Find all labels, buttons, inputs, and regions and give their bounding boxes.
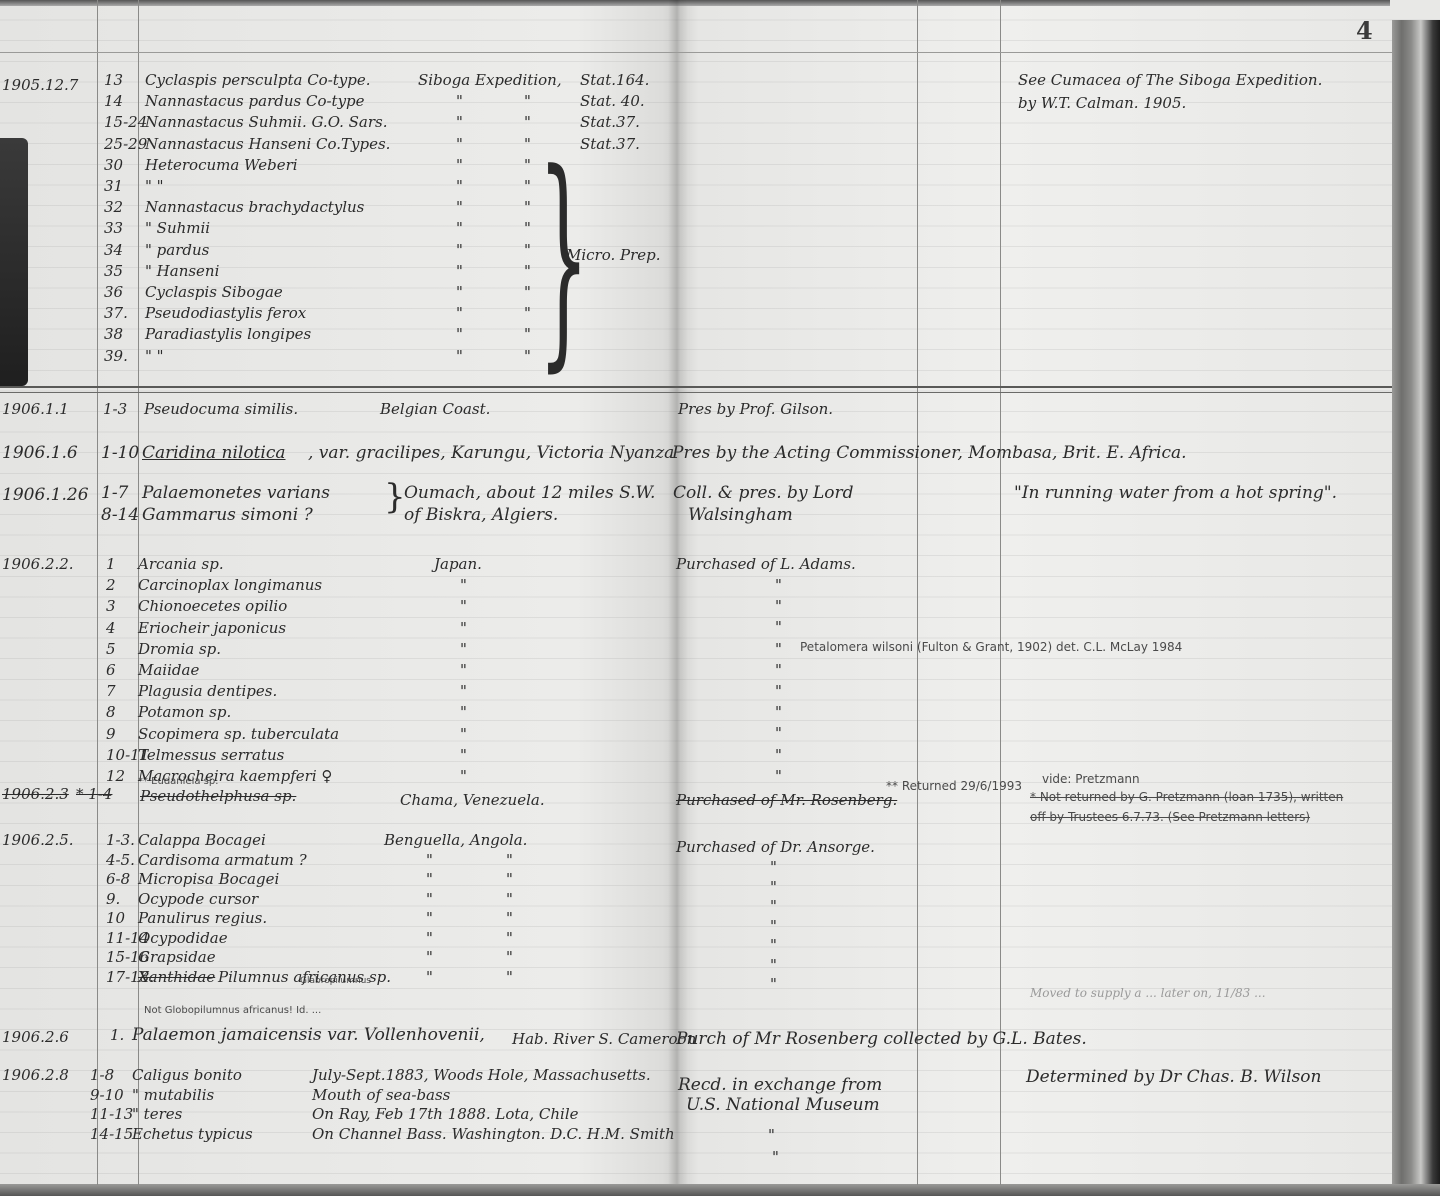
locality: " [456, 135, 463, 153]
specimen-number: 1. [110, 1026, 124, 1044]
species-name: Panulirus regius. [138, 909, 267, 927]
locality: July-Sept.1883, Woods Hole, Massachusett… [312, 1066, 651, 1084]
faint-remark: Moved to supply a ... later on, 11/83 ..… [1030, 984, 1266, 1002]
locality: " [456, 113, 463, 131]
source-ditto: " [770, 975, 777, 993]
locality-ditto: " [524, 198, 531, 216]
remarks-line-2: by W.T. Calman. 1905. [1018, 94, 1186, 112]
specimen-number: 12 [106, 767, 125, 785]
source-ditto: " [775, 746, 782, 764]
locality: " [456, 325, 463, 343]
locality: " [426, 851, 433, 869]
column-rule-reg [97, 0, 98, 1185]
species-name: " " [145, 347, 164, 365]
species-name-corrected: Pilumnus africanus sp. [218, 968, 391, 986]
source-line-1: Recd. in exchange from [678, 1076, 882, 1094]
specimen-number: 4-5. [106, 851, 135, 869]
reg-date: 1906.2.6 [2, 1028, 69, 1046]
locality: Japan. [434, 555, 482, 573]
locality: " [460, 576, 467, 594]
source-ditto: " [775, 661, 782, 679]
specimen-number: 14 [104, 92, 123, 110]
locality-ditto: " [524, 262, 531, 280]
locality: " [426, 870, 433, 888]
source-ditto: " [775, 682, 782, 700]
specimen-number: 4 [106, 619, 116, 637]
locality: " [460, 597, 467, 615]
specimen-number: * 1-4 [76, 785, 112, 803]
specimen-number: 10 [106, 909, 125, 927]
locality-ditto: " [506, 851, 513, 869]
locality-ditto: " [524, 135, 531, 153]
species-name: " teres [132, 1105, 182, 1123]
source-ditto: " [770, 956, 777, 974]
source-ditto: " [775, 597, 782, 615]
locality: " [426, 909, 433, 927]
locality-ditto: " [524, 304, 531, 322]
species-name: Calappa Bocagei [138, 831, 266, 849]
species-name: Nannastacus pardus Co-type [145, 92, 365, 110]
specimen-number: 11-13 [90, 1105, 133, 1123]
specimen-number: 3 [106, 597, 116, 615]
species-name: Ocypodidae [138, 929, 228, 947]
specimen-number: 1-10 [101, 444, 139, 462]
source-ditto: " [775, 576, 782, 594]
species-name: Heterocuma Weberi [145, 156, 298, 174]
species-name: Carcinoplax longimanus [138, 576, 322, 594]
locality: " [460, 767, 467, 785]
specimen-number: 35 [104, 262, 123, 280]
species-name: Nannastacus Hanseni Co.Types. [145, 135, 390, 153]
species-name: Pseudodiastylis ferox [145, 304, 306, 322]
species-name: Echetus typicus [132, 1125, 253, 1143]
specimen-number: 33 [104, 219, 123, 237]
page-bottom-edge [0, 1184, 1440, 1196]
specimen-number: 1-7 [101, 484, 128, 502]
source-ditto: " [775, 640, 782, 658]
specimen-number: 1 [106, 555, 116, 573]
source: Purchased of Mr. Rosenberg. [676, 791, 897, 809]
locality: " [460, 661, 467, 679]
source: Pres by Prof. Gilson. [678, 400, 833, 418]
specimen-number: 37. [104, 304, 128, 322]
locality: On Channel Bass. Washington. D.C. H.M. S… [312, 1125, 675, 1143]
specimen-number: 1-3. [106, 831, 135, 849]
specimen-number: 1-3 [103, 400, 127, 418]
station: Stat. 40. [580, 92, 645, 110]
reg-date: 1906.1.26 [2, 486, 89, 504]
source-ditto: " [775, 724, 782, 742]
pencil-note-below: Not Globopilumnus africanus! Id. ... [144, 1002, 321, 1020]
species-name: Maiidae [138, 661, 199, 679]
locality: On Ray, Feb 17th 1888. Lota, Chile [312, 1105, 579, 1123]
locality-ditto: " [524, 177, 531, 195]
specimen-number: 13 [104, 71, 123, 89]
locality-ditto: " [506, 909, 513, 927]
locality-ditto: " [524, 219, 531, 237]
specimen-number: 8 [106, 703, 116, 721]
specimen-number: 14-15 [90, 1125, 133, 1143]
locality-ditto: " [524, 241, 531, 259]
returned-annotation: ** Returned 29/6/1993 [886, 777, 1022, 795]
specimen-number: 2 [106, 576, 116, 594]
locality: Siboga Expedition, [418, 71, 562, 89]
brace-note: Micro. Prep. [566, 246, 661, 264]
station: Stat.164. [580, 71, 649, 89]
species-name: Potamon sp. [138, 703, 231, 721]
source-ditto: " [768, 1126, 775, 1144]
locality: " [456, 347, 463, 365]
vide-annotation: vide: Pretzmann [1042, 770, 1140, 788]
species-name: Pseudothelphusa sp. [140, 787, 296, 805]
species-name: Gammarus simoni ? [142, 506, 313, 524]
locality-ditto: " [524, 113, 531, 131]
locality: " [426, 948, 433, 966]
locality: " [460, 725, 467, 743]
species-name: Macrocheira kaempferi ♀ [138, 767, 332, 785]
species-name: Ocypode cursor [138, 890, 258, 908]
source-ditto: " [770, 878, 777, 896]
column-rule-remarks [1000, 0, 1001, 1185]
specimen-number: 25-29 [104, 135, 147, 153]
species-name: Cyclaspis persculpta Co-type. [145, 71, 371, 89]
source-ditto: " [775, 618, 782, 636]
index-tab [0, 138, 28, 386]
species-name: Cardisoma armatum ? [138, 851, 307, 869]
locality: Mouth of sea-bass [312, 1086, 450, 1104]
header-rule [0, 52, 1392, 53]
remarks: "In running water from a hot spring". [1014, 484, 1337, 502]
locality-ditto: " [524, 92, 531, 110]
source-line-2: U.S. National Museum [686, 1096, 880, 1114]
source-ditto: " [770, 917, 777, 935]
source-ditto: " [770, 858, 777, 876]
struck-remark-line-1: * Not returned by G. Pretzmann (loan 173… [1030, 788, 1343, 806]
specimen-number: 32 [104, 198, 123, 216]
species-name: " mutabilis [132, 1086, 214, 1104]
remarks-line-1: See Cumacea of The Siboga Expedition. [1018, 71, 1322, 89]
source: Purchased of Dr. Ansorge. [676, 838, 875, 856]
locality: " [456, 304, 463, 322]
locality-ditto: " [506, 968, 513, 986]
locality: Benguella, Angola. [384, 831, 527, 849]
locality: Belgian Coast. [380, 400, 490, 418]
specimen-number: 9. [106, 890, 120, 908]
species-name: " Hanseni [145, 262, 219, 280]
species-name: Cyclaspis Sibogae [145, 283, 283, 301]
determination-annotation: Petalomera wilsoni (Fulton & Grant, 1902… [800, 638, 1182, 656]
locality: " [456, 262, 463, 280]
locality: " [456, 177, 463, 195]
locality: " [460, 703, 467, 721]
station: Stat.37. [580, 113, 640, 131]
reg-date: 1906.1.1 [2, 400, 69, 418]
reg-date: 1906.2.8 [2, 1066, 69, 1084]
locality-ditto: " [524, 156, 531, 174]
specimen-number: 15-24 [104, 113, 147, 131]
species-name-struck: Xanthidae [138, 968, 215, 986]
species-name: " pardus [145, 241, 209, 259]
ledger-page: 4 1905.12.7 } Micro. Prep. See Cumacea o… [0, 0, 1440, 1196]
species-name: Grapsidae [138, 948, 216, 966]
source: Purchased of L. Adams. [676, 555, 856, 573]
source-line-1: Coll. & pres. by Lord [673, 484, 853, 502]
specimen-number: 34 [104, 241, 123, 259]
specimen-number: 36 [104, 283, 123, 301]
locality: Hab. River S. Cameroon [512, 1030, 696, 1048]
species-name: Plagusia dentipes. [138, 682, 277, 700]
locality-ditto: " [506, 870, 513, 888]
locality: " [460, 682, 467, 700]
locality-line-2: of Biskra, Algiers. [404, 506, 558, 524]
book-fore-edge [1392, 20, 1440, 1196]
species-name: Telmessus serratus [138, 746, 284, 764]
species-name: Eriocheir japonicus [138, 619, 286, 637]
species-name: Paradiastylis longipes [145, 325, 311, 343]
source: Purch of Mr Rosenberg collected by G.L. … [676, 1030, 1087, 1048]
specimen-number: 1-8 [90, 1066, 114, 1084]
species-name: Arcania sp. [138, 555, 224, 573]
book-spine-shadow [668, 0, 688, 1196]
reg-date: 1905.12.7 [2, 76, 78, 94]
species-detail: , var. gracilipes, Karungu, Victoria Nya… [308, 444, 674, 462]
locality: " [456, 156, 463, 174]
source: Pres by the Acting Commissioner, Mombasa… [672, 444, 1187, 462]
reg-date: 1906.2.3 [2, 785, 69, 803]
specimen-number: 30 [104, 156, 123, 174]
species-name: Palaemon jamaicensis var. Vollenhovenii, [132, 1026, 485, 1044]
specimen-number: 31 [104, 177, 123, 195]
species-name: Palaemonetes varians [142, 484, 330, 502]
locality: " [426, 890, 433, 908]
species-name: Nannastacus brachydactylus [145, 198, 364, 216]
specimen-number: 9 [106, 725, 116, 743]
locality: " [460, 640, 467, 658]
species-name: Caridina nilotica [142, 444, 286, 462]
specimen-number: 9-10 [90, 1086, 124, 1104]
specimen-number: 6 [106, 661, 116, 679]
locality-ditto: " [506, 890, 513, 908]
station: Stat.37. [580, 135, 640, 153]
species-name: Dromia sp. [138, 640, 221, 658]
specimen-number: 8-14 [101, 506, 139, 524]
source-line-2: Walsingham [688, 506, 793, 524]
species-name: Scopimera sp. tuberculata [138, 725, 339, 743]
locality: " [426, 929, 433, 947]
page-number: 4 [1356, 16, 1373, 45]
locality: Chama, Venezuela. [400, 791, 545, 809]
locality: " [456, 198, 463, 216]
remarks: Determined by Dr Chas. B. Wilson [1026, 1068, 1322, 1086]
locality: " [460, 746, 467, 764]
reg-date: 1906.2.5. [2, 831, 74, 849]
locality: " [456, 241, 463, 259]
locality-ditto: " [506, 929, 513, 947]
reg-date: 1906.2.2. [2, 555, 74, 573]
locality: " [456, 92, 463, 110]
species-name: Pseudocuma similis. [144, 400, 298, 418]
specimen-number: 6-8 [106, 870, 130, 888]
locality-ditto: " [524, 325, 531, 343]
source-ditto: " [770, 936, 777, 954]
reg-date: 1906.1.6 [2, 444, 78, 462]
source-ditto: " [775, 703, 782, 721]
locality: " [456, 283, 463, 301]
specimen-number: 5 [106, 640, 116, 658]
locality-line-1: Oumach, about 12 miles S.W. [404, 484, 655, 502]
locality: " [460, 619, 467, 637]
brace: } [384, 480, 406, 514]
locality-ditto: " [524, 283, 531, 301]
species-name: Micropisa Bocagei [138, 870, 279, 888]
struck-remark-line-2: off by Trustees 6.7.73. (See Pretzmann l… [1030, 808, 1310, 826]
specimen-number: 39. [104, 347, 128, 365]
specimen-number: 7 [106, 682, 116, 700]
source-ditto: " [772, 1148, 779, 1166]
locality-ditto: " [524, 347, 531, 365]
page-top-edge [0, 0, 1390, 6]
locality: " [426, 968, 433, 986]
column-rule-source [917, 0, 918, 1185]
source-ditto: " [770, 897, 777, 915]
section-double-rule [0, 386, 1392, 393]
source-ditto: " [775, 767, 782, 785]
specimen-number: 38 [104, 325, 123, 343]
species-name: " " [145, 177, 164, 195]
locality-ditto: " [506, 948, 513, 966]
species-name: Nannastacus Suhmii. G.O. Sars. [145, 113, 388, 131]
species-name: Caligus bonito [132, 1066, 242, 1084]
locality: " [456, 219, 463, 237]
species-name: " Suhmii [145, 219, 210, 237]
species-name: Chionoecetes opilio [138, 597, 287, 615]
